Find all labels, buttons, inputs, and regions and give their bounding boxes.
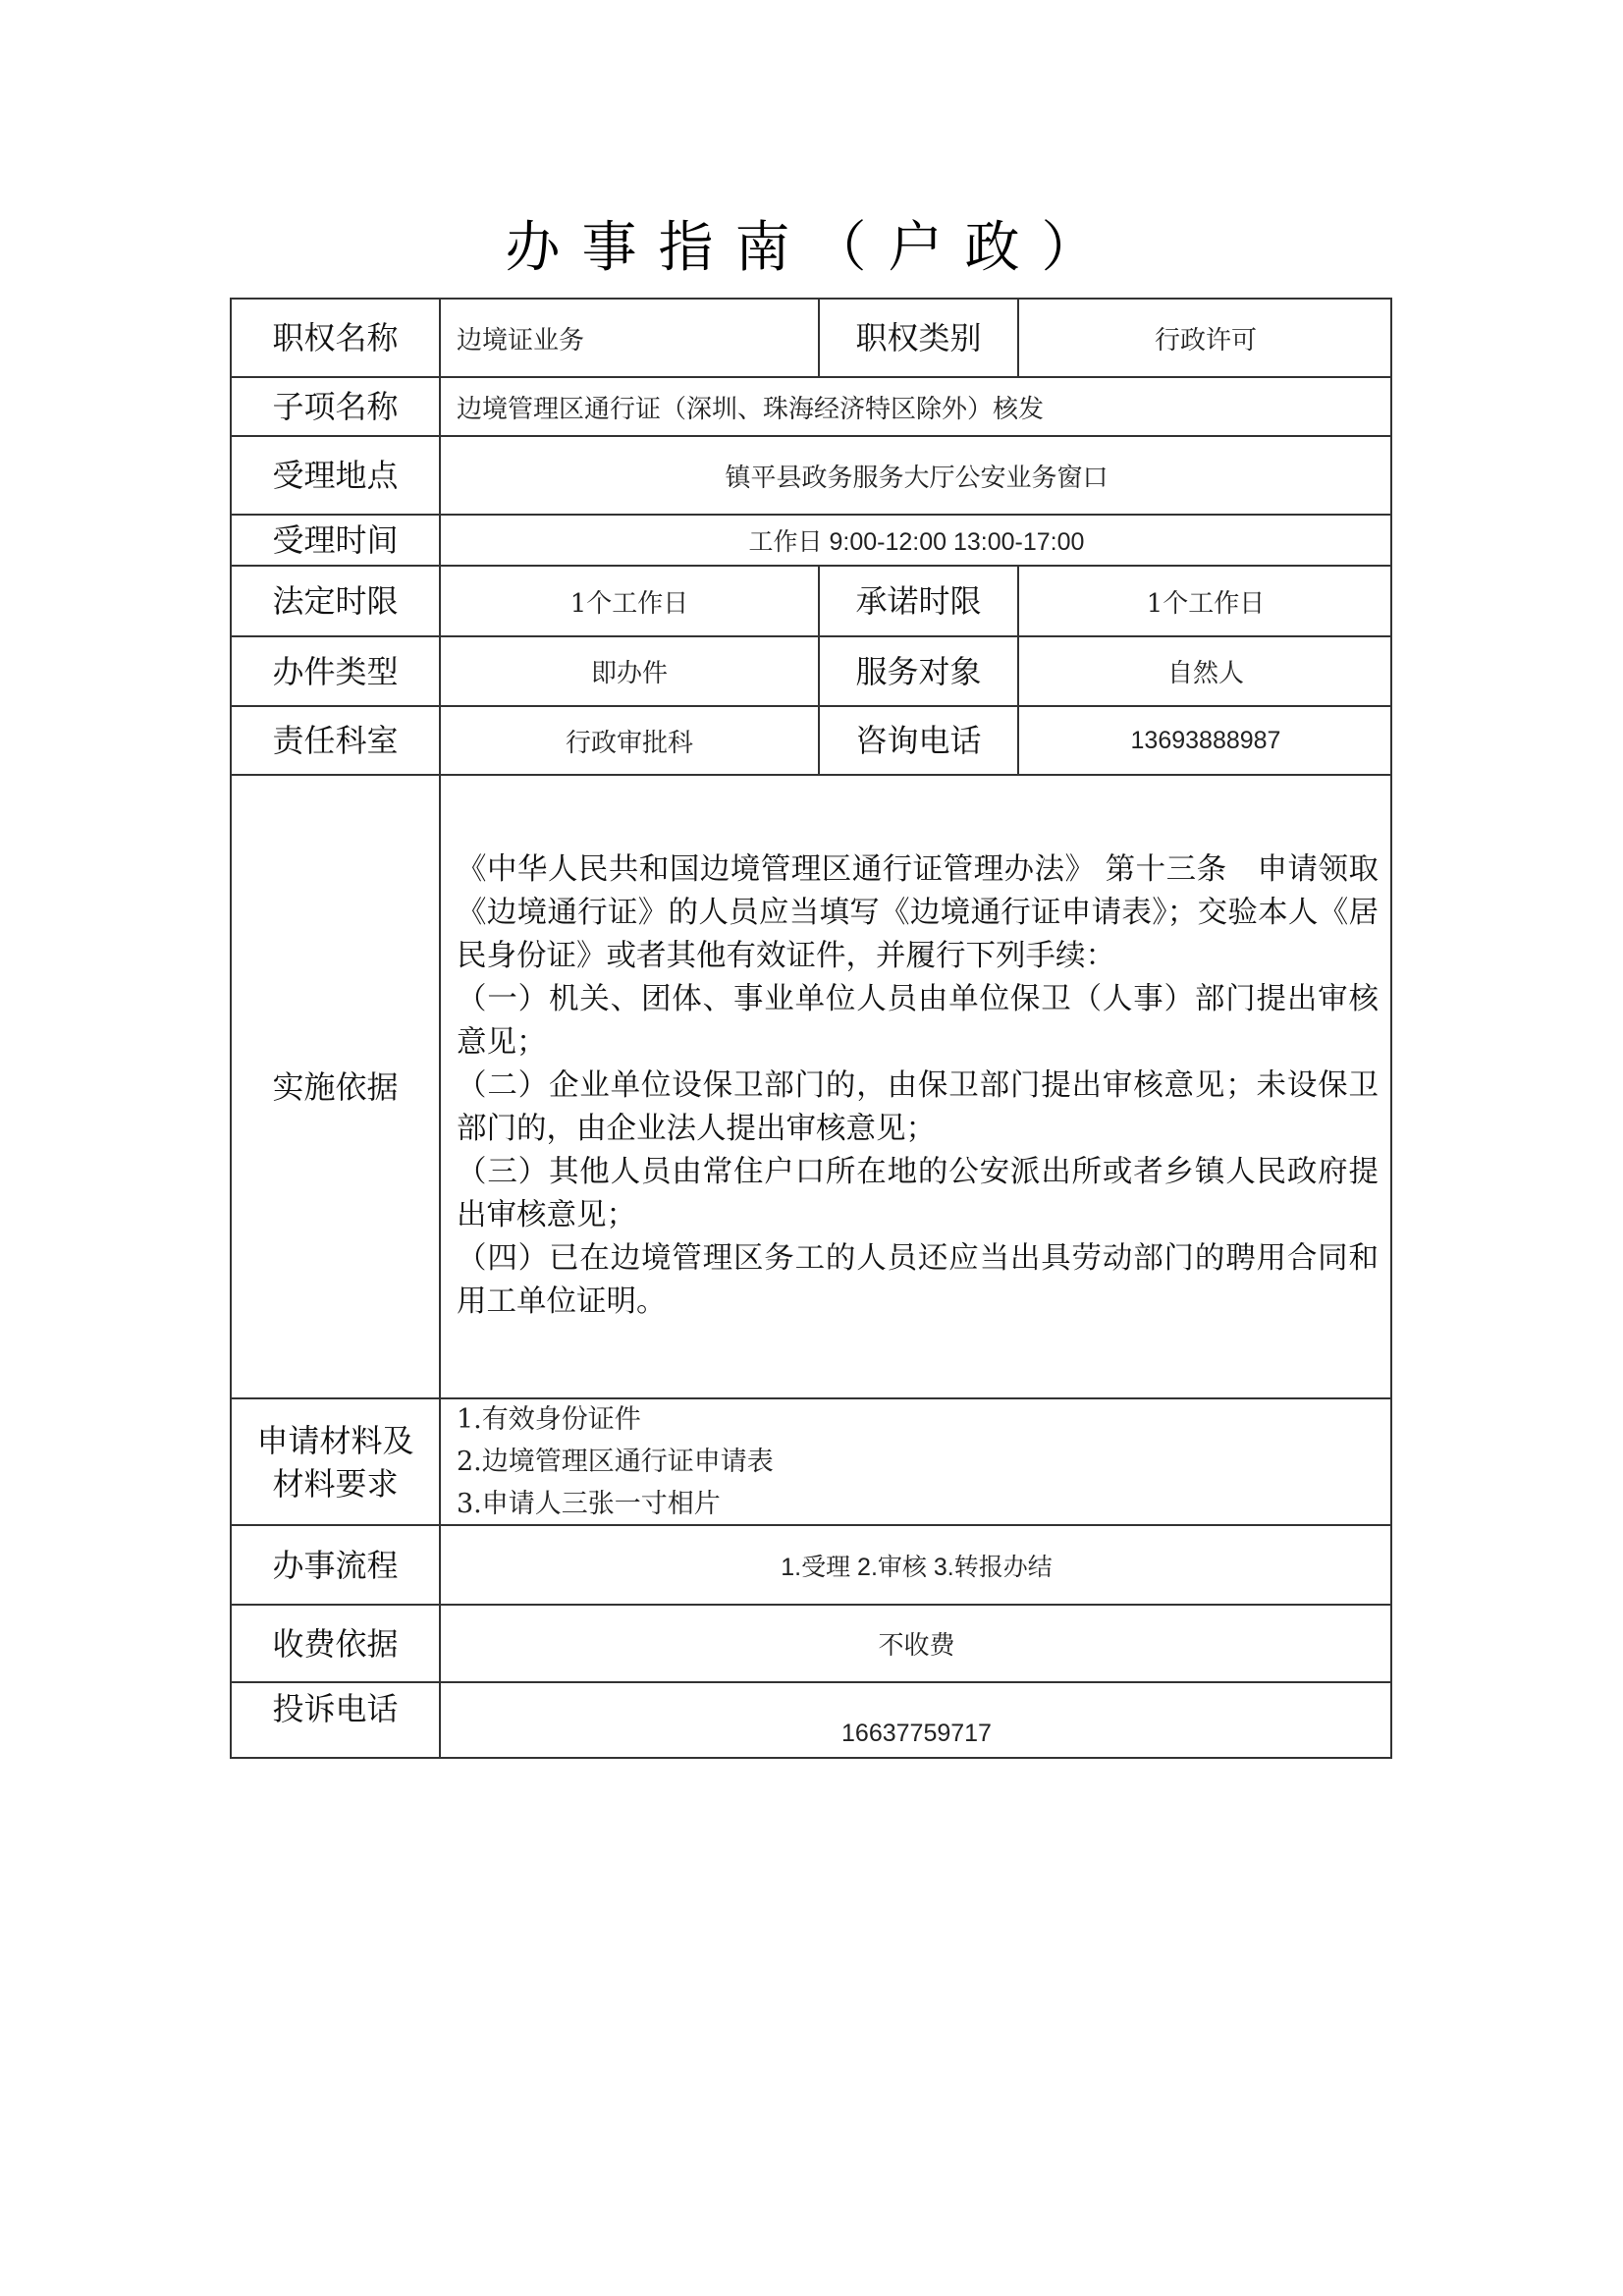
label-legal-basis: 实施依据	[232, 776, 441, 1399]
label-consult-phone: 咨询电话	[820, 707, 1019, 776]
value-department: 行政审批科	[441, 707, 820, 776]
label-legal-limit: 法定时限	[232, 567, 441, 637]
label-materials: 申请材料及材料要求	[232, 1399, 441, 1526]
label-authority-type: 职权类别	[820, 300, 1019, 378]
value-complaint-phone: 16637759717	[441, 1683, 1392, 1757]
label-department: 责任科室	[232, 707, 441, 776]
legal-basis-text: 《中华人民共和国边境管理区通行证管理办法》 第十三条 申请领取《边境通行证》的人…	[457, 848, 1379, 1324]
page-title: 办事指南（户政）	[0, 204, 1623, 283]
value-process: 1.受理 2.审核 3.转报办结	[441, 1526, 1392, 1606]
legal-basis-cell: 《中华人民共和国边境管理区通行证管理办法》 第十三条 申请领取《边境通行证》的人…	[441, 776, 1392, 1399]
value-fee-basis: 不收费	[441, 1606, 1392, 1683]
label-sub-item: 子项名称	[232, 378, 441, 437]
label-hours: 受理时间	[232, 516, 441, 567]
value-legal-limit: 1个工作日	[441, 567, 820, 637]
label-process: 办事流程	[232, 1526, 441, 1606]
materials-list: 1.有效身份证件 2.边境管理区通行证申请表 3.申请人三张一寸相片	[441, 1399, 1392, 1526]
label-fee-basis: 收费依据	[232, 1606, 441, 1683]
material-item: 1.有效身份证件	[457, 1399, 641, 1441]
label-case-type: 办件类型	[232, 637, 441, 707]
value-authority-type: 行政许可	[1019, 300, 1392, 378]
value-case-type: 即办件	[441, 637, 820, 707]
value-location: 镇平县政务服务大厅公安业务窗口	[441, 437, 1392, 516]
label-authority-name: 职权名称	[232, 300, 441, 378]
value-service-target: 自然人	[1019, 637, 1392, 707]
label-service-target: 服务对象	[820, 637, 1019, 707]
value-sub-item: 边境管理区通行证（深圳、珠海经济特区除外）核发	[441, 378, 1392, 437]
value-authority-name: 边境证业务	[441, 300, 820, 378]
value-consult-phone: 13693888987	[1019, 707, 1392, 776]
label-promised-limit: 承诺时限	[820, 567, 1019, 637]
label-location: 受理地点	[232, 437, 441, 516]
value-hours: 工作日 9:00-12:00 13:00-17:00	[441, 516, 1392, 567]
value-promised-limit: 1个工作日	[1019, 567, 1392, 637]
label-complaint-phone: 投诉电话	[232, 1683, 441, 1757]
guide-table: 职权名称 边境证业务 职权类别 行政许可 子项名称 边境管理区通行证（深圳、珠海…	[230, 298, 1392, 1759]
material-item: 3.申请人三张一寸相片	[457, 1483, 721, 1525]
material-item: 2.边境管理区通行证申请表	[457, 1441, 774, 1483]
